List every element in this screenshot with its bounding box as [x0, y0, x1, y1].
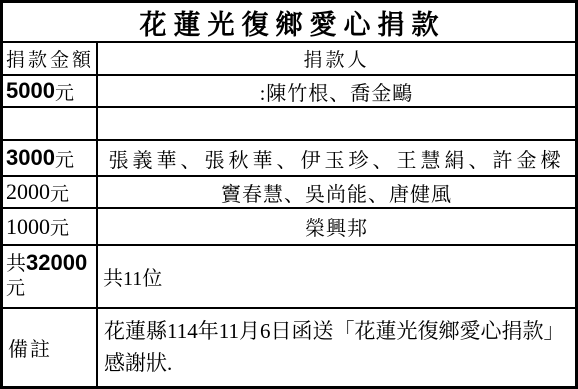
total-amount-unit: 元	[6, 277, 96, 301]
amount-value: 2000	[6, 179, 50, 205]
table-title: 花蓮光復鄉愛心捐款	[3, 3, 575, 41]
header-amount: 捐款金額	[3, 43, 96, 74]
row-3000-amount: 3000元	[3, 141, 96, 175]
total-amount-cell: 共32000 元	[3, 246, 96, 307]
amount-unit: 元	[55, 145, 74, 172]
note-label: 備註	[3, 309, 96, 386]
amount-value: 3000	[6, 145, 55, 171]
amount-unit: 元	[50, 213, 69, 240]
row-2000-donors: 竇春慧、吳尚能、唐健風	[98, 177, 575, 207]
amount-value: 5000	[6, 78, 55, 104]
total-count-cell: 共11位	[98, 246, 575, 307]
row-5000-amount: 5000元	[3, 76, 96, 106]
total-amount-value: 32000	[26, 250, 87, 275]
row-empty-donors	[98, 108, 575, 139]
header-donors: 捐款人	[98, 43, 575, 74]
row-2000-amount: 2000元	[3, 177, 96, 207]
note-text-content: 花蓮縣114年11月6日函送「花蓮光復鄉愛心捐款」感謝狀.	[104, 316, 569, 379]
amount-unit: 元	[50, 179, 69, 206]
row-5000-donors: :陳竹根、喬金鷗	[98, 76, 575, 106]
amount-value: 1000	[6, 214, 50, 240]
row-empty-amount	[3, 108, 96, 139]
row-1000-amount: 1000元	[3, 209, 96, 244]
donation-table: 花蓮光復鄉愛心捐款 捐款金額 捐款人 5000元 :陳竹根、喬金鷗 3000元 …	[0, 0, 578, 389]
row-1000-donors: 榮興邦	[98, 209, 575, 244]
row-3000-donors: 張義華、張秋華、伊玉珍、王慧絹、許金樑	[98, 141, 575, 175]
total-prefix: 共	[6, 253, 26, 275]
note-text: 花蓮縣114年11月6日函送「花蓮光復鄉愛心捐款」感謝狀.	[98, 309, 575, 386]
amount-unit: 元	[55, 78, 74, 105]
